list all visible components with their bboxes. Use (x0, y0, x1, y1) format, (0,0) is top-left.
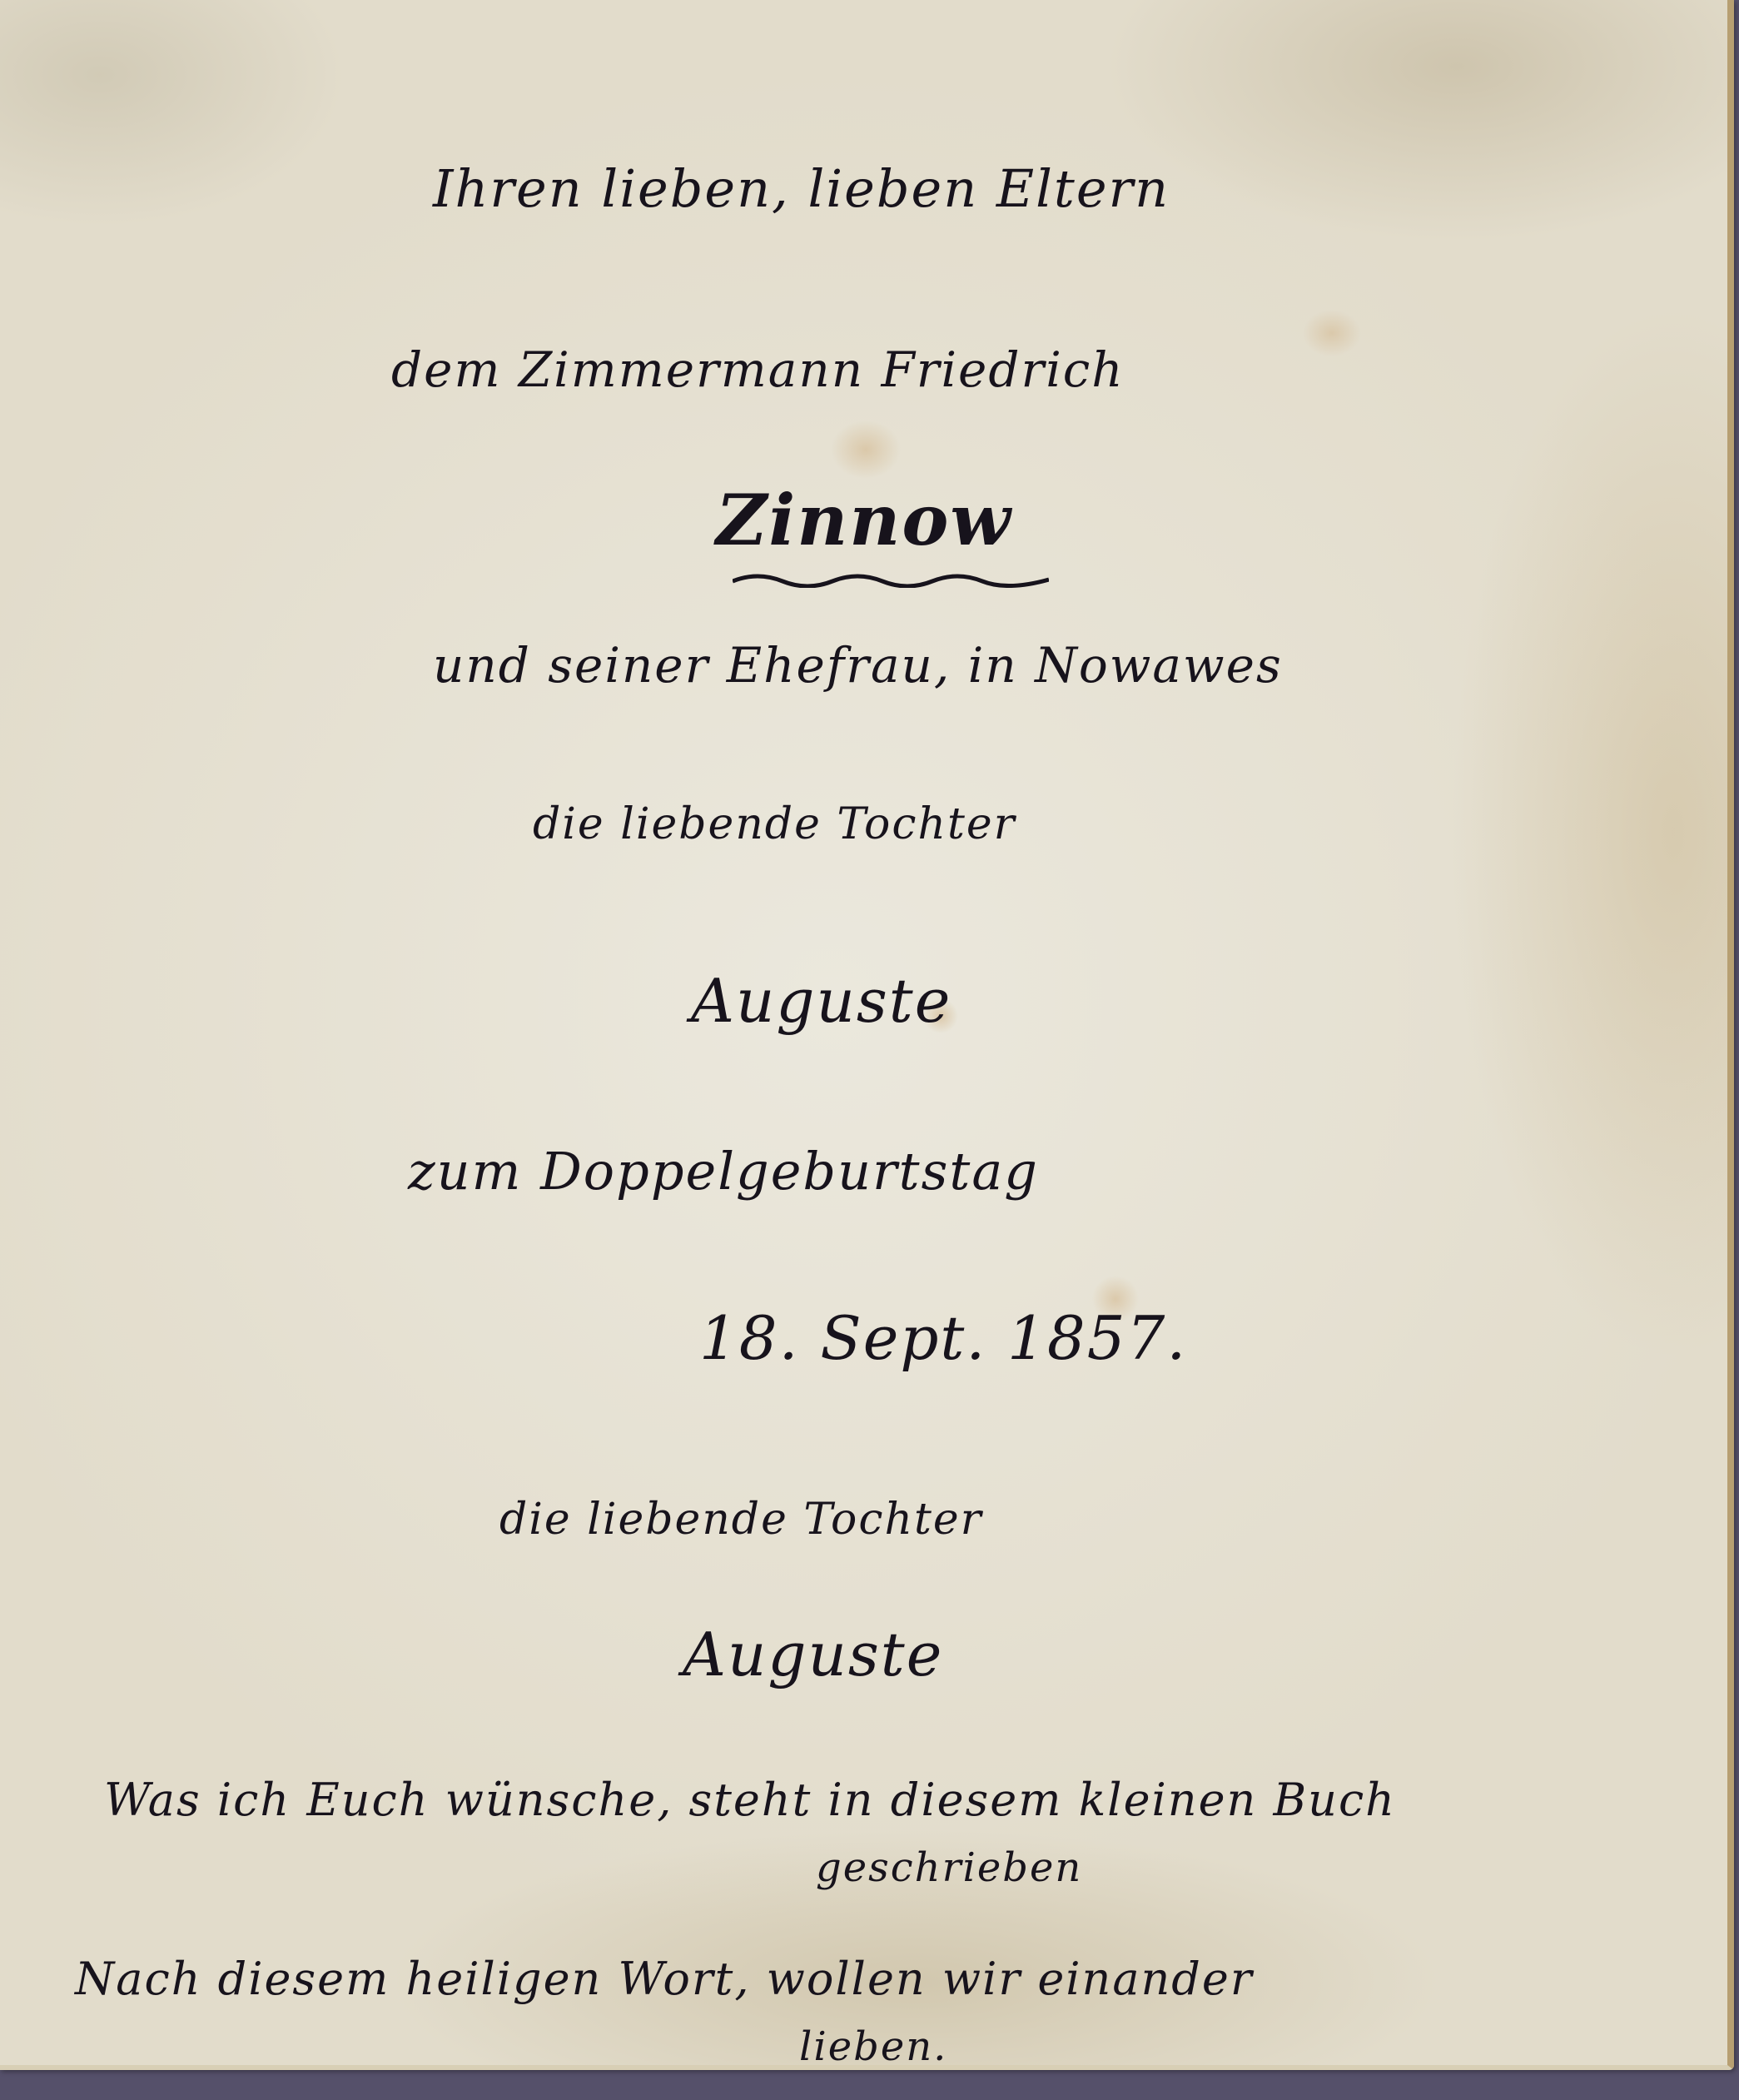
wish-line-1-continuation: geschrieben (816, 1844, 1082, 1891)
from-daughter-2: die liebende Tochter (499, 1495, 983, 1545)
date: 18. Sept. 1857. (699, 1303, 1187, 1373)
signature-2: Auguste (683, 1620, 943, 1689)
signature-1: Auguste (691, 966, 951, 1036)
wavy-underline-icon (733, 571, 1049, 588)
wish-line-2: Nach diesem heiligen Wort, wollen wir ei… (75, 1953, 1254, 2005)
dedication-opening: Ihren lieben, lieben Eltern (433, 158, 1170, 219)
wish-line-2-continuation: lieben. (799, 2023, 947, 2070)
paper-page: Ihren lieben, lieben Eltern dem Zimmerma… (0, 0, 1734, 2070)
wish-line-1: Was ich Euch wünsche, steht in diesem kl… (104, 1774, 1396, 1826)
occupation-and-name: dem Zimmermann Friedrich (391, 341, 1125, 398)
photograph: Ihren lieben, lieben Eltern dem Zimmerma… (0, 0, 1739, 2100)
surname-heading: Zinnow (716, 479, 1012, 561)
from-daughter-1: die liebende Tochter (533, 799, 1016, 849)
occasion: zum Doppelgeburtstag (408, 1141, 1039, 1202)
spouse-and-place: und seiner Ehefrau, in Nowawes (433, 637, 1283, 694)
